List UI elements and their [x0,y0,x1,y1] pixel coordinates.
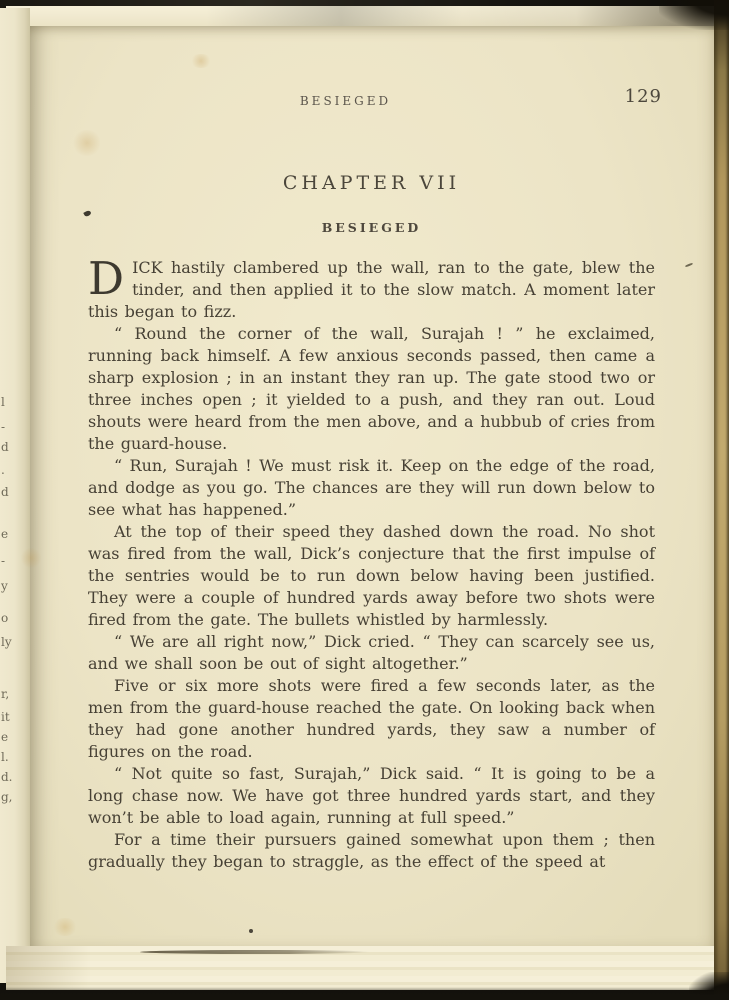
body-text: DICK hastily clambered up the wall, ran … [88,257,655,873]
paragraph: At the top of their speed they dashed do… [88,521,655,631]
margin-fragment: ly [1,636,12,648]
drop-cap: D [88,257,132,297]
running-header-title: BESIEGED [300,94,391,108]
book-page: BESIEGED 129 CHAPTER VII BESIEGED DICK h… [30,26,714,948]
paragraph: “ We are all right now,” Dick cried. “ T… [88,631,655,675]
page-number: 129 [625,86,662,107]
paragraph: DICK hastily clambered up the wall, ran … [88,257,655,323]
paragraph-text: ICK hastily clambered up the wall, ran t… [88,258,655,321]
margin-fragment: . [1,464,5,476]
chapter-heading: CHAPTER VII [88,172,655,194]
margin-fragment: e [1,731,8,743]
foxing-spot [190,54,212,68]
margin-fragment: e [1,528,8,540]
running-header: BESIEGED [88,90,655,109]
margin-fragment: d [1,486,9,498]
paragraph: “ Not quite so fast, Surajah,” Dick said… [88,763,655,829]
margin-fragment: r, [1,688,9,700]
paragraph: “ Round the corner of the wall, Surajah … [88,323,655,455]
chapter-subtitle: BESIEGED [88,220,655,235]
margin-fragment: y [1,580,8,592]
left-page-edge: l-d.de-yolyr,itel.d.g, [0,8,30,983]
paragraph: For a time their pursuers gained somewha… [88,829,655,873]
top-right-shadow [659,0,729,30]
ink-dot [249,929,253,933]
bottom-shadow-band [0,987,729,1000]
foxing-spot [72,130,102,156]
paragraph: Five or six more shots were fired a few … [88,675,655,763]
book-scan: l-d.de-yolyr,itel.d.g, BESIEGED 129 CHAP… [0,0,729,1000]
right-page-edge [714,0,729,1000]
margin-fragment: d [1,441,9,453]
margin-fragment: it [1,711,10,723]
margin-fragment: - [1,555,5,567]
crease-line [140,950,370,954]
paragraph: “ Run, Surajah ! We must risk it. Keep o… [88,455,655,521]
margin-fragment: l [1,396,5,408]
margin-fragment: l. [1,751,9,763]
margin-fragment: d. [1,771,13,783]
margin-fragment: g, [1,791,13,803]
margin-fragment: o [1,612,8,624]
margin-fragment: - [1,421,5,433]
